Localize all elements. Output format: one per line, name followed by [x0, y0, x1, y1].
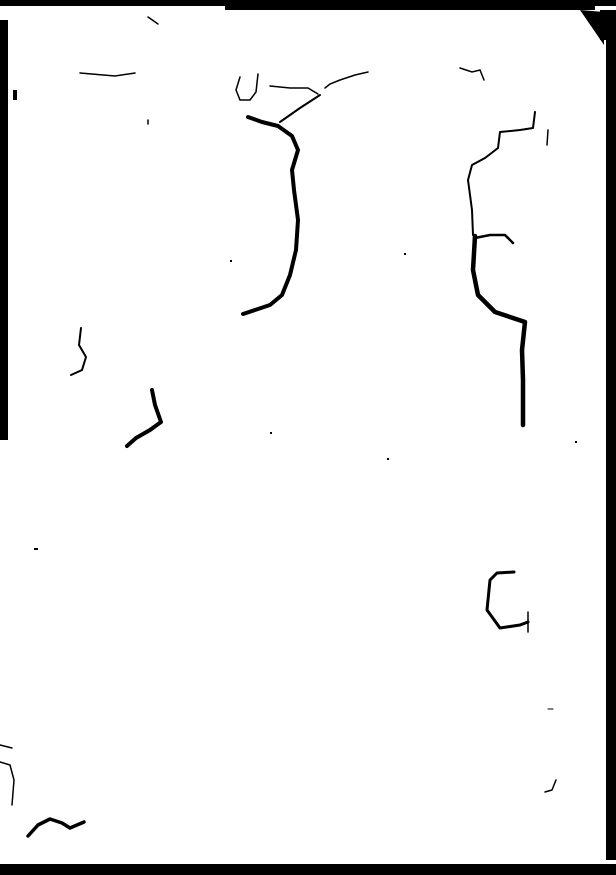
crack-mask [0, 0, 616, 875]
